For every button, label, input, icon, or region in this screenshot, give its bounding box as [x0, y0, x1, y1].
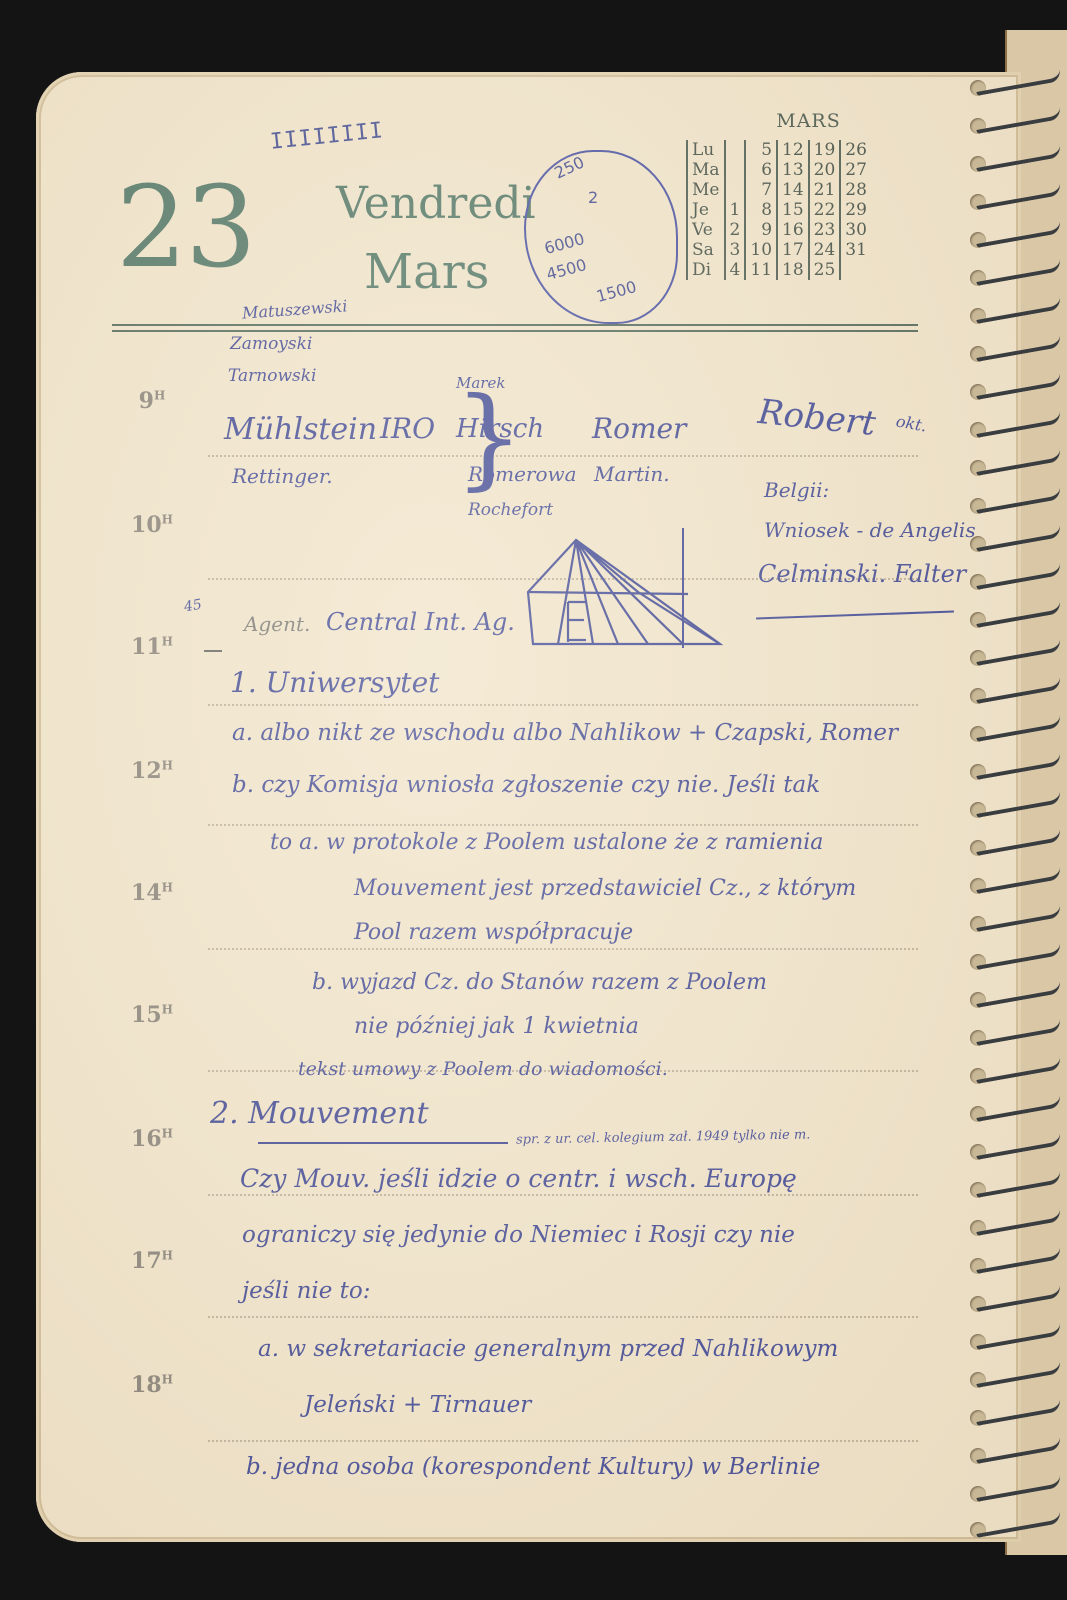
spiral-ring	[970, 1218, 1062, 1238]
spiral-ring	[970, 990, 1062, 1010]
spiral-ring	[970, 838, 1062, 858]
calc-value: 6000	[542, 229, 586, 258]
spiral-ring	[970, 1484, 1062, 1504]
ruled-line	[208, 1440, 918, 1442]
date-cell: 25	[809, 260, 841, 280]
spiral-ring	[970, 306, 1062, 326]
spiral-ring	[970, 192, 1062, 212]
date-cell: 16	[777, 220, 809, 240]
note-text: Celminski. Falter	[758, 560, 966, 588]
note-name: Rettinger.	[232, 464, 333, 488]
note-name: IRO	[380, 412, 435, 445]
note-line: Mouvement jest przedstawiciel Cz., z któ…	[354, 876, 856, 901]
mini-calendar-title: MARS	[686, 110, 931, 132]
date-cell: 6	[745, 160, 777, 180]
ruled-line	[208, 824, 918, 826]
diary-page: IIIIIIII 23 Vendredi Mars 250 2 6000 450…	[36, 72, 1021, 1542]
spiral-ring	[970, 230, 1062, 250]
spiral-ring	[970, 1332, 1062, 1352]
note-name: Mühlstein	[224, 412, 377, 447]
note-name: Tarnowski	[228, 366, 316, 386]
day-number: 23	[116, 172, 255, 284]
calc-value: 250	[551, 152, 587, 182]
hour-label-15: 15H	[122, 1002, 182, 1028]
date-cell: 19	[809, 140, 841, 160]
ruled-line	[208, 1316, 918, 1318]
note-line: b. wyjazd Cz. do Stanów razem z Poolem	[312, 970, 767, 995]
date-cell: 1	[725, 200, 746, 220]
ruled-line	[208, 1194, 918, 1196]
spiral-ring	[970, 762, 1062, 782]
spiral-ring	[970, 534, 1062, 554]
date-cell: 15	[777, 200, 809, 220]
calc-value: 2	[588, 188, 598, 207]
hour-label-17: 17H	[122, 1248, 182, 1274]
date-cell: 22	[809, 200, 841, 220]
date-cell: 12	[777, 140, 809, 160]
mini-calendar: MARS Lu5121926 Ma6132027 Me7142128 Je181…	[686, 110, 931, 280]
note-line: ograniczy się jedynie do Niemiec i Rosji…	[242, 1222, 795, 1248]
ruled-line	[208, 704, 918, 706]
note-name: Romer	[592, 412, 686, 445]
weekday-label: Sa	[687, 240, 725, 260]
date-cell: 5	[745, 140, 777, 160]
date-cell: 10	[745, 240, 777, 260]
note-name: Matuszewski	[241, 296, 348, 322]
date-cell: 31	[840, 240, 871, 260]
note-line: tekst umowy z Poolem do wiadomości.	[298, 1058, 668, 1080]
weekday-label: Ma	[687, 160, 725, 180]
note-name: Hirsch	[456, 414, 544, 444]
note-name: Romerowa	[468, 462, 577, 486]
date-cell: 14	[777, 180, 809, 200]
date-cell: 11	[745, 260, 777, 280]
handwritten-calculation: 250 2 6000 4500 1500	[524, 150, 678, 324]
pencil-note: Agent.	[244, 612, 310, 636]
date-cell: 20	[809, 160, 841, 180]
date-cell: 30	[840, 220, 871, 240]
vertical-stroke	[682, 528, 684, 648]
hour-label-14: 14H	[122, 880, 182, 906]
hour-label-10: 10H	[122, 512, 182, 538]
note-line: Czy Mouv. jeśli idzie o centr. i wsch. E…	[240, 1164, 797, 1193]
underline-mark	[756, 611, 954, 620]
spiral-ring	[970, 458, 1062, 478]
note-text: Central Int. Ag.	[326, 608, 515, 636]
spiral-ring	[970, 1370, 1062, 1390]
note-name: Martin.	[594, 462, 670, 486]
spiral-ring	[970, 420, 1062, 440]
spiral-ring	[970, 1294, 1062, 1314]
note-text: Wniosek - de Angelis	[764, 518, 976, 542]
spiral-ring	[970, 572, 1062, 592]
spiral-ring	[970, 1256, 1062, 1276]
spiral-ring	[970, 1066, 1062, 1086]
date-cell: 26	[840, 140, 871, 160]
tally-marks: IIIIIIII	[269, 118, 385, 155]
date-cell: 4	[725, 260, 746, 280]
calc-value: 4500	[544, 255, 588, 284]
note-line: a. albo nikt ze wschodu albo Nahlikow + …	[232, 720, 898, 746]
mini-calendar-grid: Lu5121926 Ma6132027 Me7142128 Je18152229…	[686, 140, 871, 280]
date-cell	[725, 160, 746, 180]
weekday-label: Me	[687, 180, 725, 200]
date-cell: 29	[840, 200, 871, 220]
spiral-ring	[970, 952, 1062, 972]
spiral-ring	[970, 610, 1062, 630]
underline-mark	[258, 1142, 508, 1144]
section-title: 1. Uniwersytet	[230, 666, 439, 699]
spiral-ring	[970, 648, 1062, 668]
spiral-ring	[970, 154, 1062, 174]
tent-sketch-icon	[498, 532, 728, 652]
date-cell: 17	[777, 240, 809, 260]
dash-mark	[204, 650, 222, 652]
spiral-ring	[970, 116, 1062, 136]
note-line: Jeleński + Tirnauer	[304, 1392, 531, 1418]
date-cell: 13	[777, 160, 809, 180]
weekday-label: Je	[687, 200, 725, 220]
date-cell: 9	[745, 220, 777, 240]
spiral-ring	[970, 496, 1062, 516]
note-line: b. jedna osoba (korespondent Kultury) w …	[246, 1454, 820, 1480]
note-name: Marek	[456, 374, 505, 392]
ruled-line	[208, 948, 918, 950]
note-name: Rochefort	[468, 500, 553, 520]
note-line: b. czy Komisja wniosła zgłoszenie czy ni…	[232, 772, 820, 798]
date-cell	[725, 180, 746, 200]
spiral-ring	[970, 1142, 1062, 1162]
spiral-ring	[970, 1104, 1062, 1124]
date-cell	[840, 260, 871, 280]
date-cell: 28	[840, 180, 871, 200]
side-note: spr. z ur. cel. kolegium zał. 1949 tylko…	[516, 1127, 811, 1147]
hour-label-18: 18H	[122, 1372, 182, 1398]
spiral-ring	[970, 876, 1062, 896]
date-cell	[725, 140, 746, 160]
weekday-label: Di	[687, 260, 725, 280]
section-title: 2. Mouvement	[210, 1096, 429, 1131]
spiral-ring	[970, 686, 1062, 706]
spiral-ring	[970, 800, 1062, 820]
ruled-line	[208, 455, 918, 457]
note-line: Pool razem współpracuje	[354, 920, 633, 945]
weekday-label: Ve	[687, 220, 725, 240]
date-cell: 7	[745, 180, 777, 200]
spiral-ring	[970, 344, 1062, 364]
date-cell: 8	[745, 200, 777, 220]
date-cell: 21	[809, 180, 841, 200]
hour-label-16: 16H	[122, 1126, 182, 1152]
date-cell: 18	[777, 260, 809, 280]
spiral-ring	[970, 1520, 1062, 1540]
calc-value: 1500	[594, 277, 638, 306]
note-name: Robert	[756, 392, 877, 444]
note-line: nie później jak 1 kwietnia	[354, 1014, 639, 1039]
note-line: a. w sekretariacie generalnym przed Nahl…	[258, 1336, 838, 1362]
spiral-ring	[970, 78, 1062, 98]
note-line: to a. w protokole z Poolem ustalone że z…	[270, 830, 823, 855]
note-name: Zamoyski	[230, 334, 312, 354]
header-rule	[112, 330, 918, 332]
date-cell: 3	[725, 240, 746, 260]
note-line: jeśli nie to:	[242, 1278, 371, 1304]
date-cell: 23	[809, 220, 841, 240]
hour-label-11: 11H	[122, 634, 182, 660]
month-name: Mars	[364, 244, 489, 300]
time-note: 45	[183, 597, 203, 616]
date-cell: 2	[725, 220, 746, 240]
spiral-ring	[970, 914, 1062, 934]
weekday-label: Lu	[687, 140, 725, 160]
day-name: Vendredi	[336, 178, 536, 229]
date-cell: 27	[840, 160, 871, 180]
spiral-ring	[970, 1028, 1062, 1048]
header-rule	[112, 324, 918, 326]
spiral-ring	[970, 1408, 1062, 1428]
hour-label-12: 12H	[122, 758, 182, 784]
note-text: okt.	[895, 411, 929, 435]
spiral-ring	[970, 382, 1062, 402]
note-text: Belgii:	[764, 478, 829, 502]
spiral-ring	[970, 1446, 1062, 1466]
spiral-ring	[970, 724, 1062, 744]
spiral-ring	[970, 268, 1062, 288]
date-cell: 24	[809, 240, 841, 260]
spiral-ring	[970, 1180, 1062, 1200]
hour-label-9: 9H	[122, 388, 182, 414]
